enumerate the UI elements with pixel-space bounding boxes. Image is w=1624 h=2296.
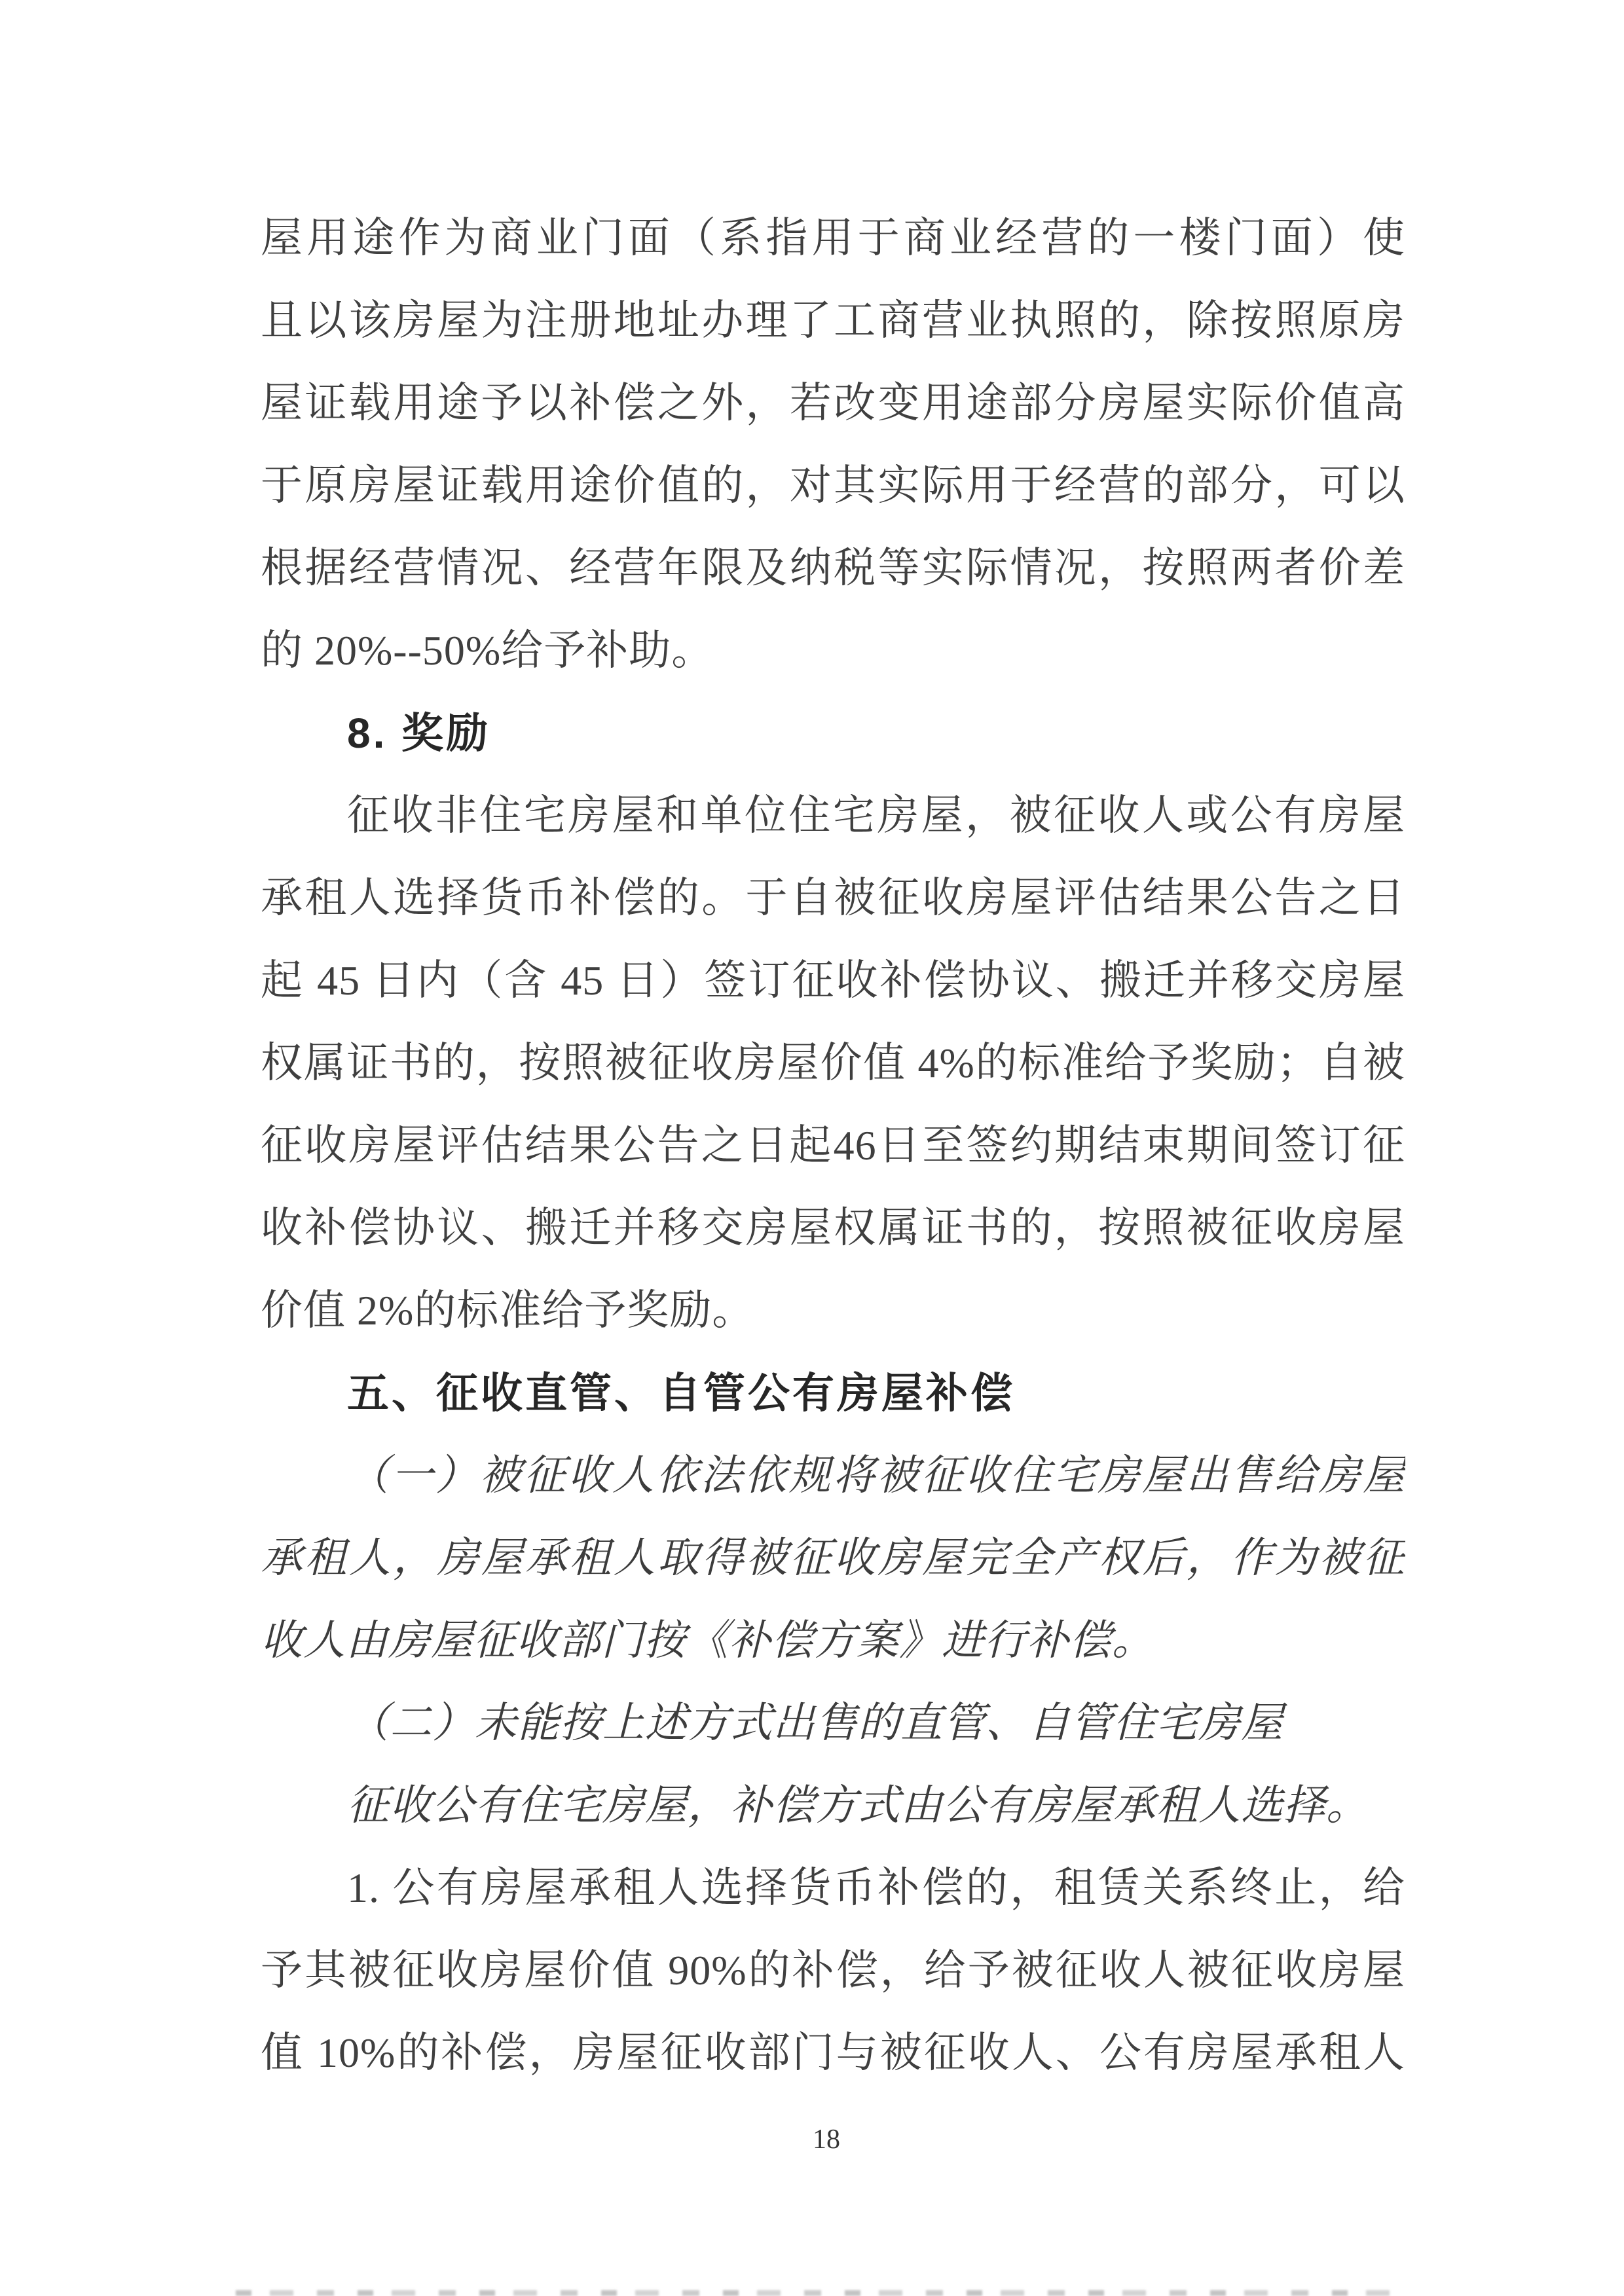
scanned-document-page: 屋用途作为商业门面（系指用于商业经营的一楼门面）使用， 且以该房屋为注册地址办理… [0,0,1624,2296]
text-line: 收人由房屋征收部门按《补偿方案》进行补偿。 [261,1599,1405,1682]
heading-5-public-housing-compensation: 五、征收直管、自管公有房屋补偿 [261,1352,1405,1434]
heading-8-reward: 8. 奖励 [261,692,1405,774]
page-number: 18 [813,2124,840,2155]
text-line: 的 20%--50%给予补助。 [261,610,1405,692]
document-text-block: 屋用途作为商业门面（系指用于商业经营的一楼门面）使用， 且以该房屋为注册地址办理… [261,197,1405,2094]
text-line: 于原房屋证载用途价值的，对其实际用于经营的部分，可以 [261,445,1405,527]
text-line: 收补偿协议、搬迁并移交房屋权属证书的，按照被征收房屋 [261,1187,1405,1269]
text-line: 屋证载用途予以补偿之外，若改变用途部分房屋实际价值高 [261,362,1405,445]
text-line: 承租人选择货币补偿的。于自被征收房屋评估结果公告之日 [261,857,1405,939]
text-line: 且以该房屋为注册地址办理了工商营业执照的，除按照原房 [261,280,1405,362]
text-line: 起 45 日内（含 45 日）签订征收补偿协议、搬迁并移交房屋 [261,939,1405,1022]
text-line: 权属证书的，按照被征收房屋价值 4%的标准给予奖励；自被 [261,1022,1405,1104]
text-line: 值 10%的补偿，房屋征收部门与被征收人、公有房屋承租人分 [261,2012,1405,2094]
cutoff-text-artifact [236,2290,1395,2296]
text-line: 征收房屋评估结果公告之日起46日至签约期结束期间签订征 [261,1104,1405,1187]
text-line: 价值 2%的标准给予奖励。 [261,1269,1405,1352]
text-line: 屋用途作为商业门面（系指用于商业经营的一楼门面）使用， [261,197,1405,280]
text-line-sub-item-1: 1. 公有房屋承租人选择货币补偿的，租赁关系终止，给 [261,1847,1405,1929]
text-line: 征收非住宅房屋和单位住宅房屋，被征收人或公有房屋 [261,774,1405,857]
text-line: 根据经营情况、经营年限及纳税等实际情况，按照两者价差 [261,527,1405,610]
text-line: 承租人，房屋承租人取得被征收房屋完全产权后，作为被征 [261,1517,1405,1599]
text-line: 予其被征收房屋价值 90%的补偿，给予被征收人被征收房屋价 [261,1929,1405,2012]
text-line-item-2: （二）未能按上述方式出售的直管、自管住宅房屋 [261,1682,1405,1764]
text-line: 征收公有住宅房屋，补偿方式由公有房屋承租人选择。 [261,1764,1405,1847]
text-line-item-1: （一）被征收人依法依规将被征收住宅房屋出售给房屋 [261,1434,1405,1517]
